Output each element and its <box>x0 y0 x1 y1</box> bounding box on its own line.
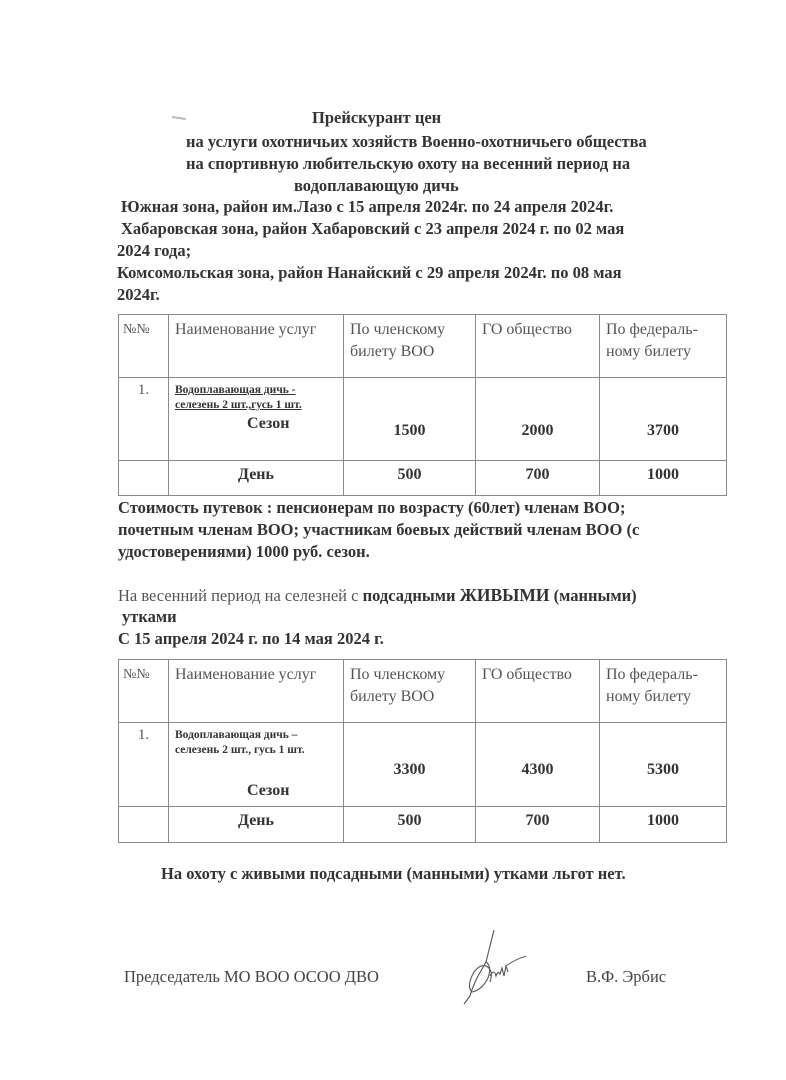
intro-rest-text: (манными) <box>550 586 637 605</box>
table-row: 1. Водоплавающая дичь - селезень 2 шт.,г… <box>119 378 727 461</box>
price-member: 500 <box>344 807 476 843</box>
zone-khabarovsk: Хабаровская зона, район Хабаровский с 23… <box>121 218 624 240</box>
header-federal-ticket: По федераль- ному билету <box>600 660 727 723</box>
price-federal: 3700 <box>600 378 727 461</box>
price-table-2: №№ Наименование услуг По членскому билет… <box>118 659 727 843</box>
discount-note-line-1: Стоимость путевок : пенсионерам по возра… <box>118 497 625 519</box>
table-row: День 500 700 1000 <box>119 807 727 843</box>
table-header-row: №№ Наименование услуг По членскому билет… <box>119 315 727 378</box>
scan-artifact <box>172 116 186 120</box>
header-member-ticket: По членскому билету ВОО <box>344 660 476 723</box>
header-federal-ticket: По федераль- ному билету <box>600 315 727 378</box>
table-header-row: №№ Наименование услуг По членскому билет… <box>119 660 727 723</box>
service-desc-line-2: селезень 2 шт.,гусь 1 шт. <box>169 398 343 413</box>
price-go: 2000 <box>476 378 600 461</box>
header-go-society: ГО общество <box>476 315 600 378</box>
document-title: Прейскурант цен <box>312 108 441 128</box>
season-label: Сезон <box>169 413 343 433</box>
price-go: 700 <box>476 461 600 496</box>
service-desc-line-1: Водоплавающая дичь - <box>169 378 343 398</box>
table-row: День 500 700 1000 <box>119 461 727 496</box>
row-index: 1. <box>119 723 169 807</box>
live-ducks-intro: На весенний период на селезней с подсадн… <box>118 584 637 607</box>
zone-komsomolsk-cont: 2024г. <box>117 284 160 306</box>
row-index <box>119 461 169 496</box>
signatory-position: Председатель МО ВОО ОСОО ДВО <box>124 967 379 987</box>
service-desc-line-1: Водоплавающая дичь – <box>169 723 343 743</box>
intro-caps-text: ЖИВЫМИ <box>460 585 550 605</box>
header-member-ticket: По членскому билету ВОО <box>344 315 476 378</box>
zone-komsomolsk: Комсомольская зона, район Нанайский с 29… <box>117 262 622 284</box>
price-member: 1500 <box>344 378 476 461</box>
document-subtitle-line-3: водоплавающую дичь <box>294 175 459 197</box>
zone-south: Южная зона, район им.Лазо с 15 апреля 20… <box>121 196 613 218</box>
live-ducks-period: С 15 апреля 2024 г. по 14 мая 2024 г. <box>118 628 384 650</box>
discount-note-line-2: почетным членам ВОО; участникам боевых д… <box>118 519 639 541</box>
price-federal: 1000 <box>600 461 727 496</box>
day-label: День <box>169 461 344 496</box>
price-go: 700 <box>476 807 600 843</box>
price-member: 500 <box>344 461 476 496</box>
day-label: День <box>169 807 344 843</box>
service-cell: Водоплавающая дичь - селезень 2 шт.,гусь… <box>169 378 344 461</box>
header-go-society: ГО общество <box>476 660 600 723</box>
discount-note-line-3: удостоверениями) 1000 руб. сезон. <box>118 541 370 563</box>
header-num: №№ <box>119 660 169 723</box>
live-ducks-intro-line-2: утками <box>122 606 177 628</box>
signature-icon <box>448 926 528 1006</box>
document-subtitle-line-1: на услуги охотничьих хозяйств Военно-охо… <box>186 131 647 153</box>
price-federal: 1000 <box>600 807 727 843</box>
intro-bold-text: подсадными <box>363 586 460 605</box>
service-desc-line-2: селезень 2 шт., гусь 1 шт. <box>169 743 343 758</box>
price-federal: 5300 <box>600 723 727 807</box>
signatory-name: В.Ф. Эрбис <box>586 967 666 987</box>
header-service-name: Наименование услуг <box>169 660 344 723</box>
season-label: Сезон <box>169 758 343 800</box>
zone-khabarovsk-cont: 2024 года; <box>117 240 191 262</box>
header-num: №№ <box>119 315 169 378</box>
table-row: 1. Водоплавающая дичь – селезень 2 шт., … <box>119 723 727 807</box>
price-table-1: №№ Наименование услуг По членскому билет… <box>118 314 727 496</box>
intro-normal-text: На весенний период на селезней с <box>118 586 363 605</box>
document-subtitle-line-2: на спортивную любительскую охоту на весе… <box>186 153 630 175</box>
price-member: 3300 <box>344 723 476 807</box>
service-cell: Водоплавающая дичь – селезень 2 шт., гус… <box>169 723 344 807</box>
no-benefits-note: На охоту с живыми подсадными (манными) у… <box>161 863 626 885</box>
header-service-name: Наименование услуг <box>169 315 344 378</box>
row-index <box>119 807 169 843</box>
row-index: 1. <box>119 378 169 461</box>
price-go: 4300 <box>476 723 600 807</box>
